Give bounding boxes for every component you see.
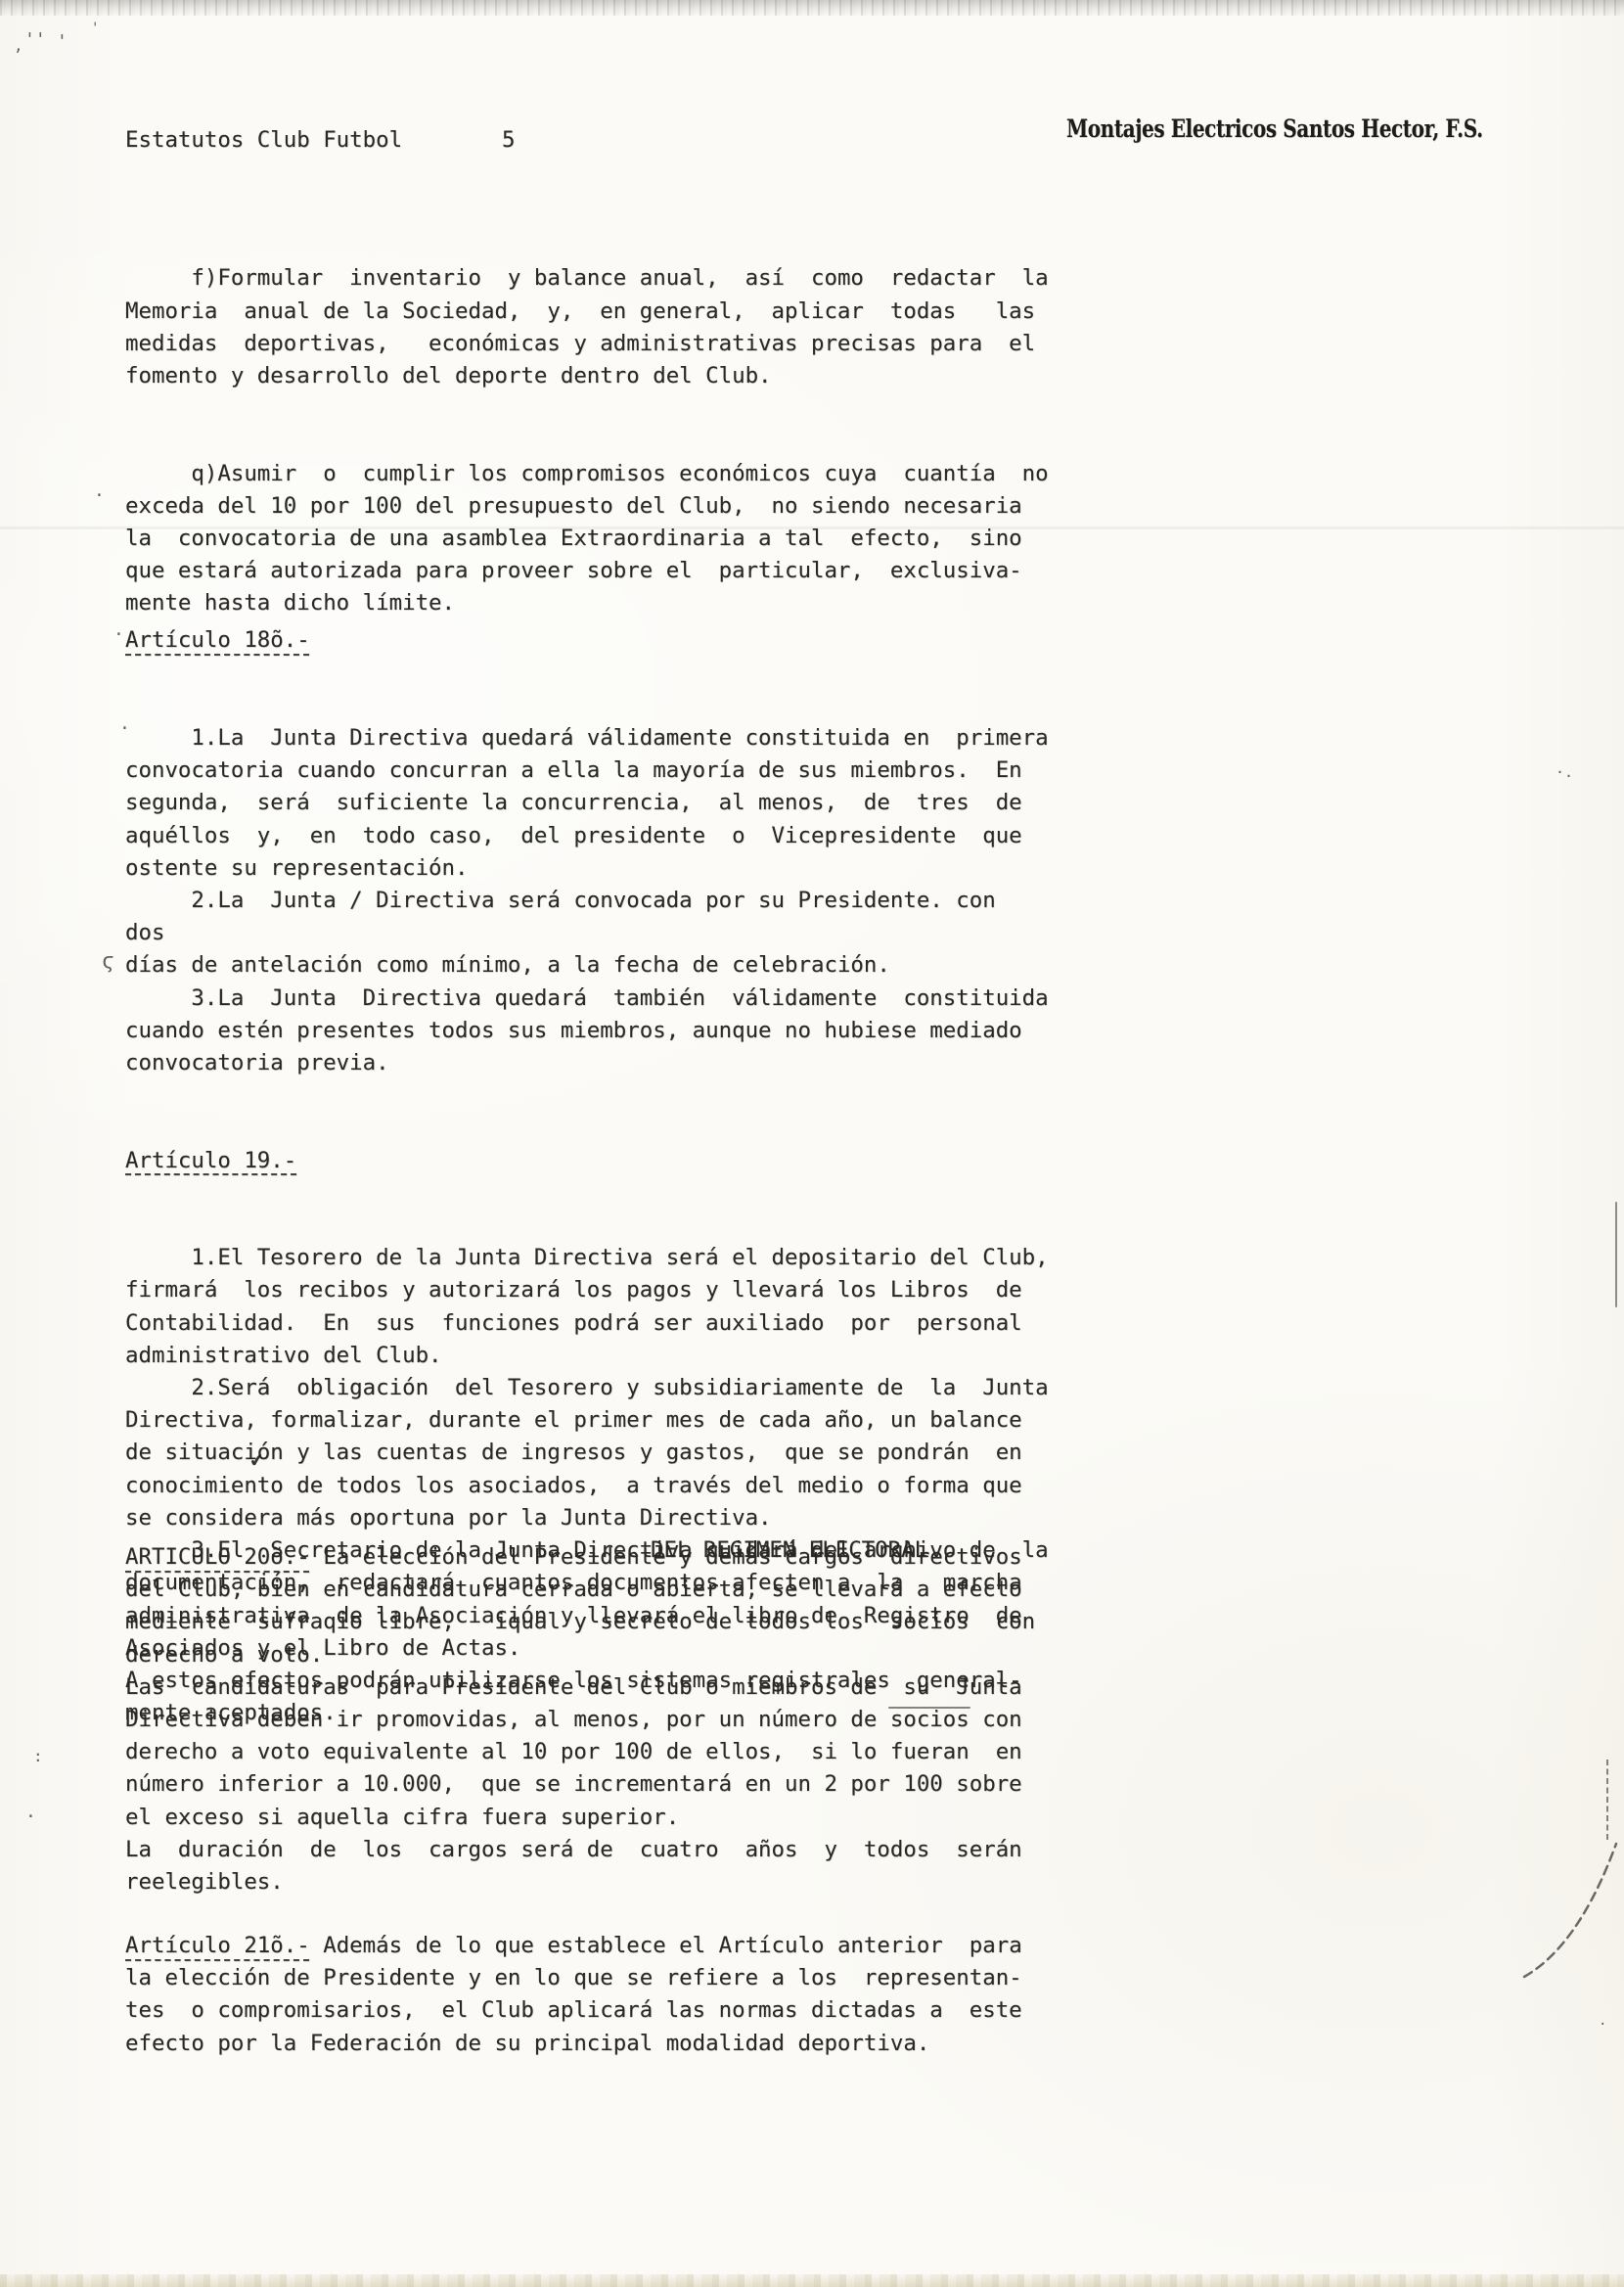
pen-curve-stroke	[1518, 1836, 1624, 1983]
ink-speck: '	[57, 33, 68, 51]
header-stamp: Montajes Electricos Santos Hector, F.S.	[1066, 114, 1483, 143]
ink-speck: ,	[14, 37, 23, 55]
document-title: Estatutos Club Futbol	[125, 124, 402, 157]
margin-dot: ·	[1599, 2016, 1606, 2034]
margin-dot: ·	[94, 487, 105, 505]
margin-dot: ·	[113, 626, 124, 644]
scan-artifact-top-band	[0, 0, 1624, 16]
article-20-heading: ARTICULO 20õ.-	[125, 1544, 310, 1570]
margin-dot: ·	[25, 1808, 36, 1826]
clause-f-paragraph: f)Formular inventario y balance anual, a…	[125, 262, 1053, 392]
article-19-heading: Artículo 19.-	[125, 1145, 1053, 1177]
margin-dot: ·	[119, 720, 130, 738]
article-20: ARTICULO 20õ.- La elección del President…	[125, 1541, 1053, 1898]
pen-overline-socios	[888, 1707, 970, 1709]
margin-mark: :	[33, 1748, 43, 1765]
margin-dots: ·.	[1556, 763, 1573, 781]
scan-artifact-bottom-band	[0, 2274, 1624, 2287]
ink-speck: '	[91, 20, 99, 37]
page-number: 5	[502, 124, 515, 157]
ink-speck: ''	[24, 31, 46, 49]
article-18-heading: Artículo 18õ.-	[125, 624, 1053, 657]
article-21: Artículo 21õ.- Además de lo que establec…	[125, 1930, 1053, 2060]
pen-dashed-line	[1606, 1760, 1608, 1840]
check-mark: ✔	[249, 1449, 264, 1469]
article-20-body: La elección del Presidente y demás cargo…	[125, 1544, 1035, 1895]
margin-squiggle: ϛ	[102, 953, 114, 971]
scanned-page: Estatutos Club Futbol 5 Montajes Electri…	[0, 0, 1624, 2287]
page-edge-line	[1615, 1202, 1617, 1307]
article-18-body: 1.La Junta Directiva quedará válidamente…	[125, 722, 1053, 1079]
article-21-heading: Artículo 21õ.-	[125, 1933, 310, 1958]
